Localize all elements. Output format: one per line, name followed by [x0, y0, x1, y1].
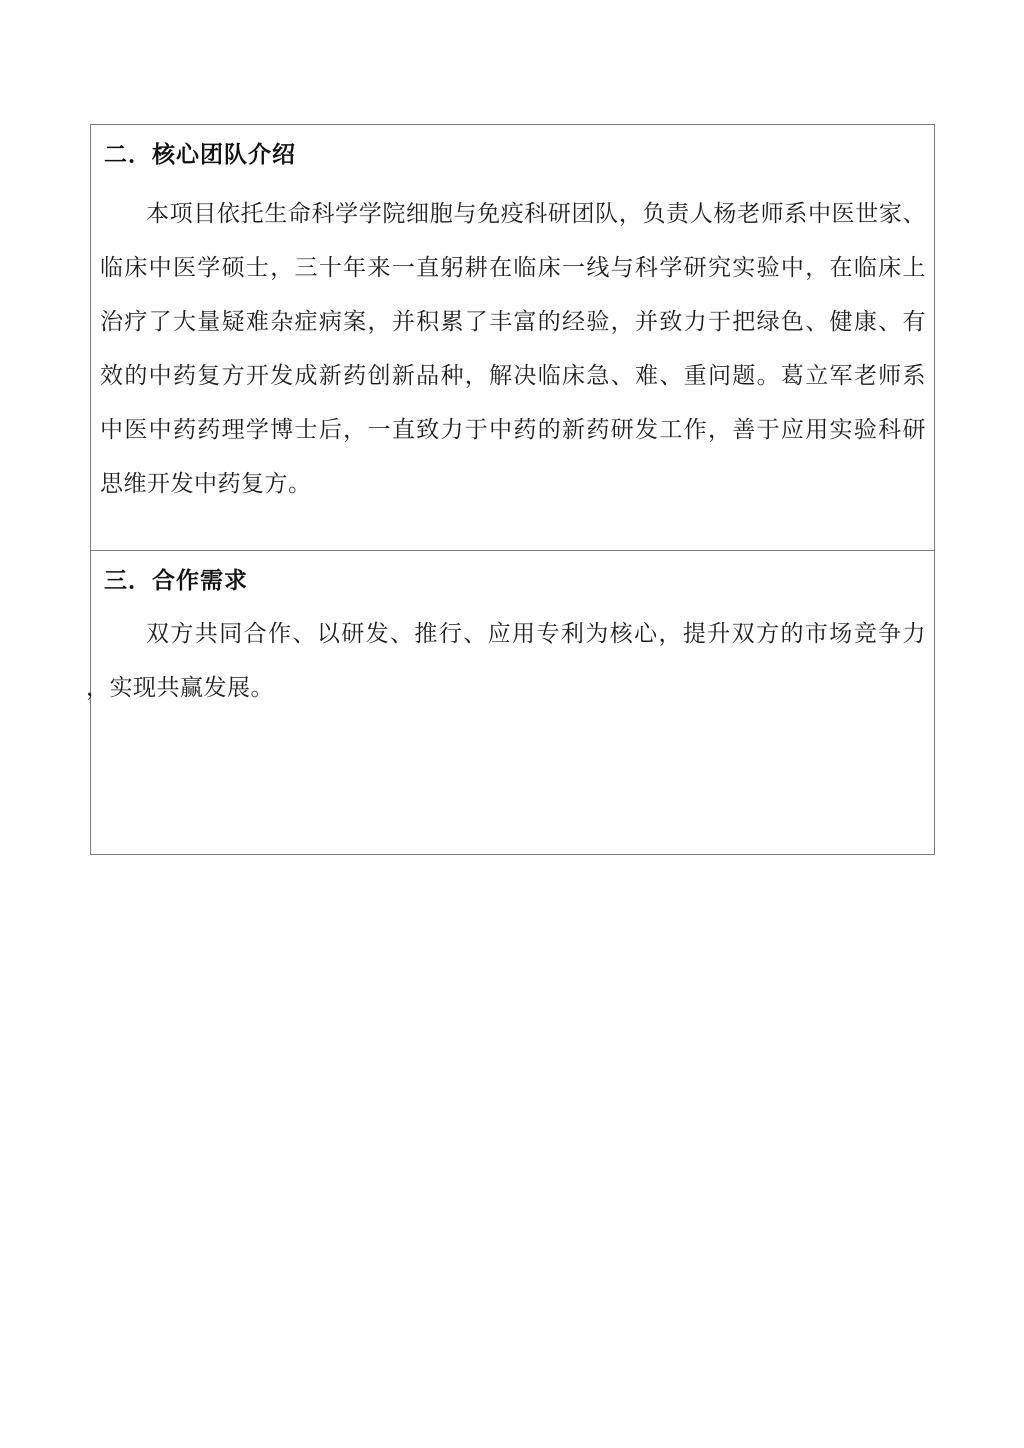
section-cooperation: 三．合作需求 双方共同合作、以研发、推行、应用专利为核心，提升双方的市场竞争力 …	[91, 551, 934, 854]
section-cooperation-heading: 三．合作需求	[100, 565, 926, 597]
content-table: 二．核心团队介绍 本项目依托生命科学学院细胞与免疫科研团队，负责人杨老师系中医世…	[90, 124, 935, 855]
paragraph-line: 临床中医学硕士，三十年来一直躬耕在临床一线与科学研究实验中，在临床上	[100, 241, 926, 295]
document-page: { "page": { "background_color": "#ffffff…	[0, 0, 1024, 1448]
paragraph-line: ，实现共赢发展。	[86, 661, 926, 715]
section-core-team-heading: 二．核心团队介绍	[100, 139, 926, 171]
paragraph-line: 中医中药药理学博士后，一直致力于中药的新药研发工作，善于应用实验科研	[100, 403, 926, 457]
paragraph-line: 双方共同合作、以研发、推行、应用专利为核心，提升双方的市场竞争力	[100, 607, 926, 661]
paragraph-line: 本项目依托生命科学学院细胞与免疫科研团队，负责人杨老师系中医世家、	[100, 187, 926, 241]
paragraph-line: 思维开发中药复方。	[100, 457, 926, 511]
cooperation-paragraph: 双方共同合作、以研发、推行、应用专利为核心，提升双方的市场竞争力 ，实现共赢发展…	[100, 607, 926, 715]
core-team-paragraph: 本项目依托生命科学学院细胞与免疫科研团队，负责人杨老师系中医世家、 临床中医学硕…	[100, 187, 926, 511]
paragraph-line: 效的中药复方开发成新药创新品种，解决临床急、难、重问题。葛立军老师系	[100, 349, 926, 403]
section-core-team: 二．核心团队介绍 本项目依托生命科学学院细胞与免疫科研团队，负责人杨老师系中医世…	[91, 125, 934, 551]
paragraph-line: 治疗了大量疑难杂症病案，并积累了丰富的经验，并致力于把绿色、健康、有	[100, 295, 926, 349]
